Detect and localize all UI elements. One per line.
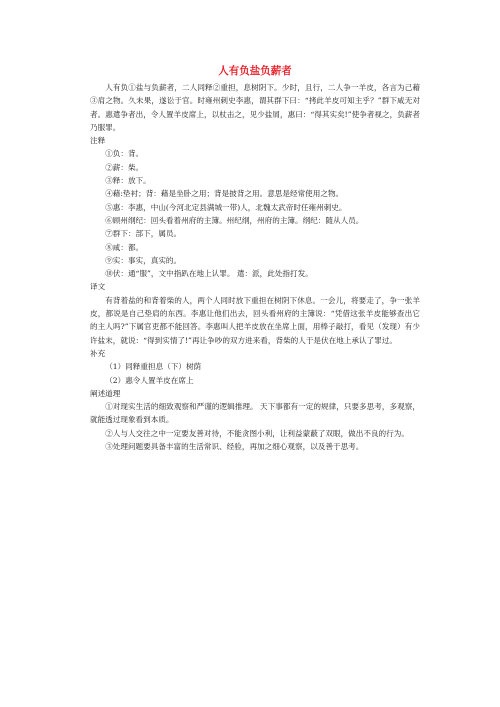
original-text: 人有负①盐与负薪者，二人同释②重担，息树阴下。少时，且行，二人争一羊皮，各言为己… [90,81,420,134]
notes-heading: 注释 [90,134,420,147]
supplement-heading: 补充 [90,347,420,360]
translation-heading: 译文 [90,280,420,293]
note-item: ⑦群下：部下，属员。 [90,227,420,240]
note-item: ⑤惠：李惠，中山(今河北定县满城一带)人，北魏太武帝时任雍州刺史。 [90,201,420,214]
note-item: ①负：背。 [90,147,420,160]
note-item: ⑩伏：通“服”，文中指趴在地上认罪。 遣：派，此处指打发。 [90,267,420,280]
note-item: ③释：放下。 [90,174,420,187]
document-title: 人有负盐负薪者 [90,64,420,78]
lesson-heading: 阐述道理 [90,387,420,400]
note-item: ⑨实：事实，真实的。 [90,254,420,267]
supplement-item: （1）同释重担息（下）树荫 [90,360,420,373]
document-page: 人有负盐负薪者 人有负①盐与负薪者，二人同释②重担，息树阴下。少时，且行，二人争… [90,64,420,453]
note-item: ⑥顾州纲纪：回头看着州府的主簿。州纪纲，州府的主簿。纲纪：随从人员。 [90,214,420,227]
lesson-item: ③处理问题要具备丰富的生活常识、经验，再加之细心观察，以及善于思考。 [90,440,420,453]
translation-text: 有背着盐的和背着柴的人，两个人同时放下重担在树阴下休息。一会儿，将要走了，争一张… [90,294,420,347]
lesson-item: ①对现实生活的细致观察和严谨的逻辑推理。 天下事都有一定的规律，只要多思考，多观… [90,400,420,427]
note-item: ⑧咸：都。 [90,241,420,254]
supplement-item: （2）惠令人置羊皮在席上 [90,374,420,387]
note-item: ②薪：柴。 [90,161,420,174]
lesson-item: ②人与人交往之中一定要友善对待，不能贪图小利，让利益蒙蔽了双眼，做出不良的行为。 [90,427,420,440]
notes-list: ①负：背。 ②薪：柴。 ③释：放下。 ④藉:垫衬；背：藉是坐卧之用；背是披背之用… [90,147,420,280]
note-item: ④藉:垫衬；背：藉是坐卧之用；背是披背之用。意思是经常使用之物。 [90,187,420,200]
